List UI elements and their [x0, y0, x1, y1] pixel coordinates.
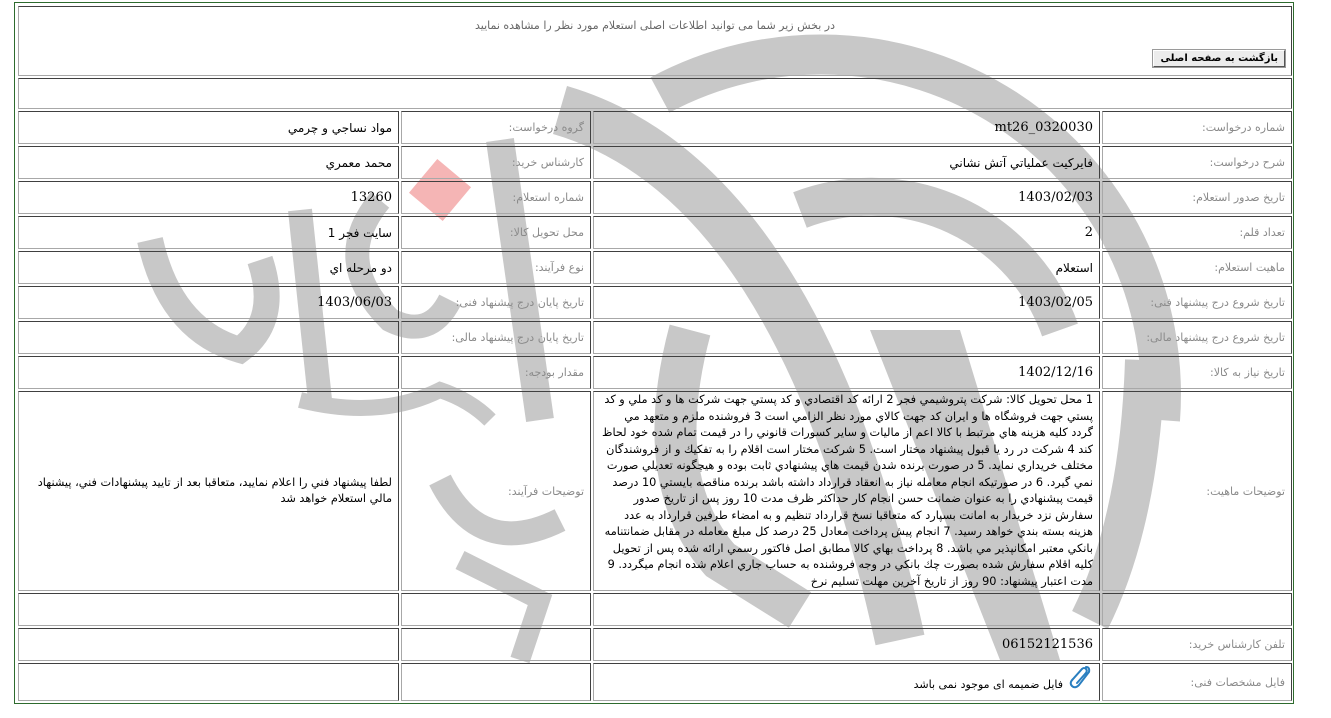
- buyer-phone-label: تلفن کارشناس خرید:: [1102, 628, 1292, 661]
- tech-offer-start-label: تاریخ شروع درج پیشنهاد فنی:: [1102, 286, 1292, 319]
- inquiry-issue-date-label: تاریخ صدور استعلام:: [1102, 181, 1292, 214]
- inquiry-nature-label: ماهیت استعلام:: [1102, 251, 1292, 284]
- request-description-value: فايركيت عملياتي آتش نشاني: [593, 146, 1100, 179]
- buyer-expert-label: کارشناس خرید:: [401, 146, 591, 179]
- inquiry-issue-date-value: 1403/02/03: [593, 181, 1100, 214]
- nature-notes-value: 1 محل تحويل كالا: شركت پتروشيمي فجر 2 ار…: [593, 391, 1100, 591]
- empty-cell: [18, 663, 399, 701]
- spacer-row: [18, 78, 1292, 109]
- delivery-location-value: سايت فجر 1: [18, 216, 399, 249]
- budget-label: مقدار بودجه:: [401, 356, 591, 389]
- process-type-label: نوع فرآیند:: [401, 251, 591, 284]
- table-row: [18, 593, 1292, 626]
- fin-offer-start-value: [593, 321, 1100, 354]
- budget-value: [18, 356, 399, 389]
- table-row: تاریخ شروع درج پیشنهاد فنی: 1403/02/05 ت…: [18, 286, 1292, 319]
- empty-cell: [593, 593, 1100, 626]
- tech-offer-end-value: 1403/06/03: [18, 286, 399, 319]
- table-row: تاریخ نیاز به کالا: 1402/12/16 مقدار بود…: [18, 356, 1292, 389]
- table-row: تاریخ شروع درج پیشنهاد مالی: تاریخ پایان…: [18, 321, 1292, 354]
- no-attachment-text: فایل ضمیمه ای موجود نمی باشد: [914, 678, 1063, 691]
- request-group-value: مواد نساجي و چرمي: [18, 111, 399, 144]
- request-number-value: mt26_0320030: [593, 111, 1100, 144]
- process-type-value: دو مرحله اي: [18, 251, 399, 284]
- fin-offer-start-label: تاریخ شروع درج پیشنهاد مالی:: [1102, 321, 1292, 354]
- request-group-label: گروه درخواست:: [401, 111, 591, 144]
- item-count-label: تعداد قلم:: [1102, 216, 1292, 249]
- tech-offer-end-label: تاریخ پایان درج پیشنهاد فنی:: [401, 286, 591, 319]
- buyer-phone-value: 06152121536: [593, 628, 1100, 661]
- intro-text: در بخش زیر شما می توانید اطلاعات اصلی اس…: [25, 19, 1285, 32]
- fin-offer-end-value: [18, 321, 399, 354]
- header-cell: در بخش زیر شما می توانید اطلاعات اصلی اس…: [18, 6, 1292, 76]
- table-row: شرح درخواست: فايركيت عملياتي آتش نشاني ک…: [18, 146, 1292, 179]
- table-row: تلفن کارشناس خرید: 06152121536: [18, 628, 1292, 661]
- inquiry-number-label: شماره استعلام:: [401, 181, 591, 214]
- buyer-expert-value: محمد معمري: [18, 146, 399, 179]
- empty-cell: [401, 628, 591, 661]
- need-date-value: 1402/12/16: [593, 356, 1100, 389]
- request-number-label: شماره درخواست:: [1102, 111, 1292, 144]
- tech-offer-start-value: 1403/02/05: [593, 286, 1100, 319]
- tech-spec-file-label: فایل مشخصات فنی:: [1102, 663, 1292, 701]
- empty-cell: [18, 593, 399, 626]
- empty-cell: [1102, 593, 1292, 626]
- empty-cell: [18, 628, 399, 661]
- inquiry-number-value: 13260: [18, 181, 399, 214]
- fin-offer-end-label: تاریخ پایان درج پیشنهاد مالی:: [401, 321, 591, 354]
- back-to-home-button[interactable]: بازگشت به صفحه اصلی: [1153, 50, 1285, 67]
- item-count-value: 2: [593, 216, 1100, 249]
- attachment-link[interactable]: فایل ضمیمه ای موجود نمی باشد: [914, 678, 1093, 691]
- paperclip-icon: [1067, 664, 1093, 690]
- table-row: فایل مشخصات فنی: فایل ضمیمه ای موجود نمی…: [18, 663, 1292, 701]
- request-description-label: شرح درخواست:: [1102, 146, 1292, 179]
- inquiry-details-table: در بخش زیر شما می توانید اطلاعات اصلی اس…: [16, 4, 1294, 703]
- table-row: شماره درخواست: mt26_0320030 گروه درخواست…: [18, 111, 1292, 144]
- empty-cell: [401, 663, 591, 701]
- tech-spec-file-cell: فایل ضمیمه ای موجود نمی باشد: [593, 663, 1100, 701]
- inquiry-nature-value: استعلام: [593, 251, 1100, 284]
- process-notes-value: لطفا پيشنهاد فني را اعلام نماييد، متعاقب…: [18, 391, 399, 591]
- delivery-location-label: محل تحویل کالا:: [401, 216, 591, 249]
- table-row: ماهیت استعلام: استعلام نوع فرآیند: دو مر…: [18, 251, 1292, 284]
- table-row: تعداد قلم: 2 محل تحویل کالا: سايت فجر 1: [18, 216, 1292, 249]
- table-row: توضیحات ماهیت: 1 محل تحويل كالا: شركت پت…: [18, 391, 1292, 591]
- empty-cell: [401, 593, 591, 626]
- nature-notes-label: توضیحات ماهیت:: [1102, 391, 1292, 591]
- process-notes-label: توضیحات فرآیند:: [401, 391, 591, 591]
- need-date-label: تاریخ نیاز به کالا:: [1102, 356, 1292, 389]
- table-row: تاریخ صدور استعلام: 1403/02/03 شماره است…: [18, 181, 1292, 214]
